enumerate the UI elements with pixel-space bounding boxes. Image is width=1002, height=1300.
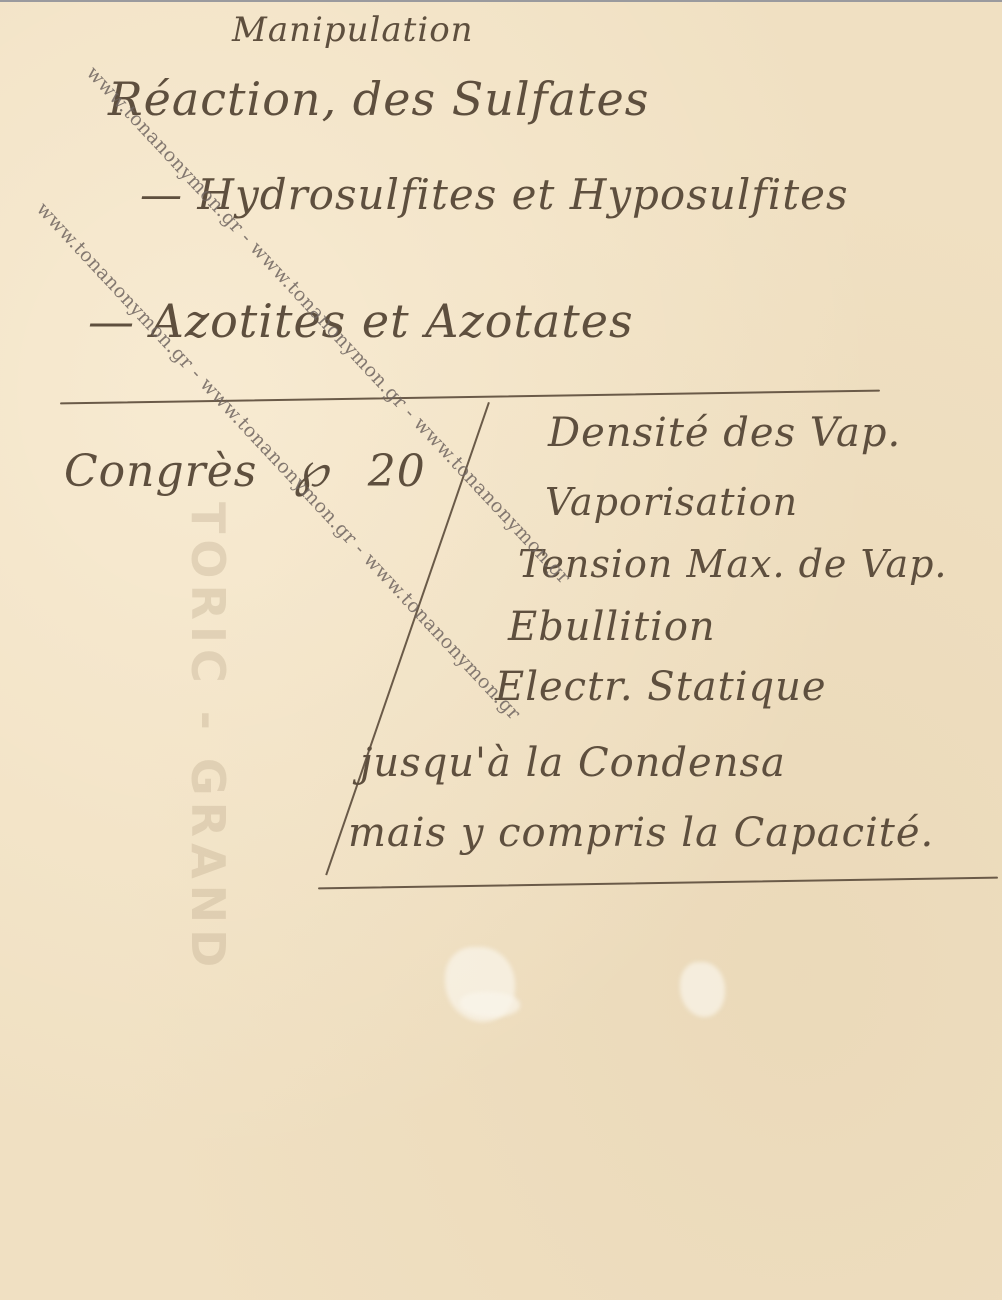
handwritten-line-reaction: Réaction, des Sulfates: [108, 72, 649, 126]
handwritten-line-manipulation: Manipulation: [232, 10, 474, 50]
label-number: 20: [368, 446, 426, 497]
bracket-item: Densité des Vap.: [548, 410, 901, 456]
bracket-item: Tension Max. de Vap.: [518, 542, 948, 586]
document-page: TORIC - GRAND Manipulation Réaction, des…: [0, 0, 1002, 1300]
bracket-item: Ebullition: [508, 604, 716, 650]
bracket-item: mais y compris la Capacité.: [348, 810, 934, 856]
bracket-bottom-line: [318, 877, 998, 890]
bracket-item: Vaporisation: [545, 480, 798, 524]
bracket-label: Congrès ℘ 20: [64, 442, 426, 498]
bracket-item: jusqu'à la Condensa: [360, 740, 786, 786]
label-word: Congrès: [64, 446, 257, 497]
show-through-print: TORIC - GRAND: [181, 502, 235, 973]
divider-line: [60, 390, 880, 405]
bracket-item: Electr. Statique: [495, 664, 827, 710]
handwritten-line-hydrosulfites: — Hydrosulfites et Hyposulfites: [140, 170, 849, 219]
paper-stain: [680, 962, 725, 1017]
